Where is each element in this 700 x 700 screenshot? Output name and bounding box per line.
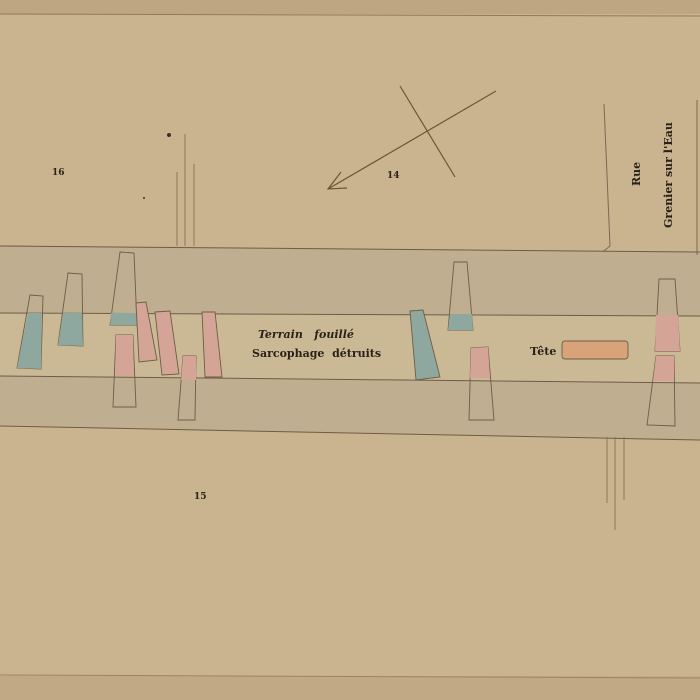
wall-lines-bottom xyxy=(607,437,624,530)
archaeological-plan: 16 14 15 Terrain fouillé Sarcophage détr… xyxy=(0,0,700,700)
survey-dot xyxy=(143,197,145,199)
plan-canvas: 16 14 15 Terrain fouillé Sarcophage détr… xyxy=(0,0,700,700)
north-arrow-icon xyxy=(328,86,496,189)
street-name-label: Grenier sur l'Eau xyxy=(662,122,675,228)
top-edge-strip xyxy=(0,0,700,14)
parcel-16-label: 16 xyxy=(52,168,65,178)
survey-point xyxy=(167,133,171,137)
parcel-14-boundary xyxy=(0,104,610,254)
excavated-terrain-label: Terrain fouillé xyxy=(258,328,354,341)
top-fold-line xyxy=(0,14,700,16)
street-word-label: Rue xyxy=(630,162,643,186)
destroyed-sarcophagi-label: Sarcophage détruits xyxy=(252,347,381,360)
parcel-14-label: 14 xyxy=(387,171,400,181)
bottom-edge-strip xyxy=(0,676,700,700)
head-label: Tête xyxy=(530,345,556,358)
parcel-15-label: 15 xyxy=(194,492,207,502)
wall-lines-top xyxy=(177,134,194,246)
head-marker xyxy=(562,341,628,359)
